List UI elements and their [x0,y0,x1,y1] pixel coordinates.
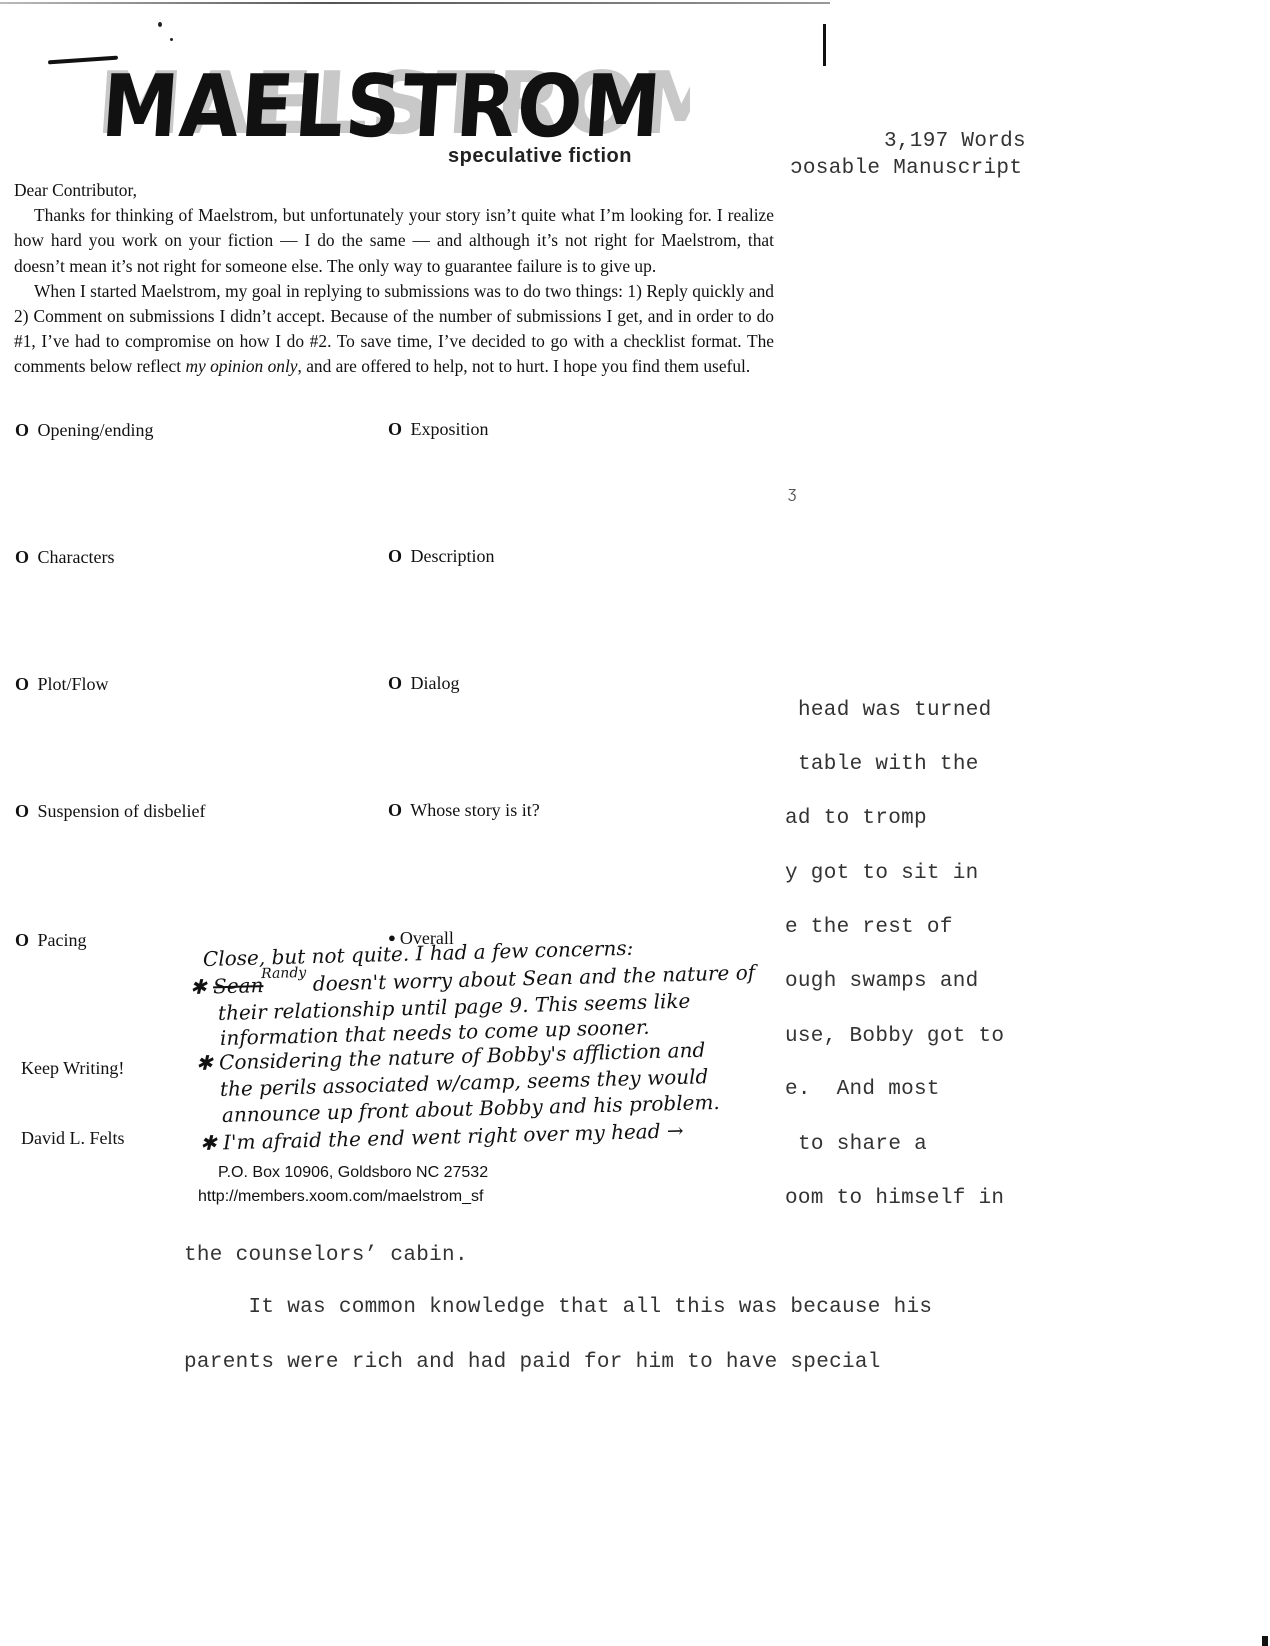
checklist-plot-flow[interactable]: O Plot/Flow [15,674,109,695]
manuscript-line: the counselors’ cabin. [184,1244,468,1267]
mailing-address: P.O. Box 10906, Goldsboro NC 27532 [218,1164,488,1182]
unchecked-circle-icon: O [388,546,402,566]
logo-wordmark: MAELSTROM [100,57,666,150]
emphasis-text: my opinion only [185,356,297,376]
editor-name: David L. Felts [21,1128,125,1149]
manuscript-fragment: y got to sit in [785,862,979,885]
paragraph-2-closing: , and are offered to help, not to hurt. … [298,356,751,376]
manuscript-fragment: e the rest of [785,916,953,939]
checklist-characters[interactable]: O Characters [15,547,114,568]
checklist-description[interactable]: O Description [388,546,495,567]
manuscript-fragment: to share a [798,1133,927,1156]
unchecked-circle-icon: O [388,800,402,820]
keep-writing-closing: Keep Writing! [21,1058,124,1079]
manuscript-fragment: use, Bobby got to [785,1025,1004,1048]
manuscript-fragment: table with the [798,753,979,776]
manuscript-fragment: oom to himself in [785,1187,1004,1210]
star-icon: ✱ [200,1131,217,1155]
stray-character: Ʒ [788,487,797,503]
logo-tagline: speculative fiction [448,145,632,168]
word-count: 3,197 Words [884,130,1026,153]
scan-vertical-mark [823,24,826,66]
checklist-label: Plot/Flow [38,674,109,694]
checklist-label: Characters [38,547,115,567]
checklist-whose-story[interactable]: O Whose story is it? [388,800,540,821]
star-icon: ✱ [190,975,207,999]
maelstrom-logo: MAELSTROM MAELSTROM [100,50,690,150]
checklist-dialog[interactable]: O Dialog [388,673,460,694]
manuscript-fragment: ough swamps and [785,970,979,993]
star-icon: ✱ [196,1051,213,1075]
checklist-label: Description [411,546,495,566]
checklist-opening-ending[interactable]: O Opening/ending [15,420,154,441]
struck-word: Sean [213,973,264,998]
scan-edge-line [0,2,830,4]
checklist-label: Opening/ending [38,420,154,440]
letter-paragraph-2: When I started Maelstrom, my goal in rep… [14,279,774,380]
disposable-manuscript-label: ɔosable Manuscript [790,157,1022,180]
scan-corner-mark [1262,1636,1268,1646]
unchecked-circle-icon: O [388,419,402,439]
checklist-pacing[interactable]: O Pacing [15,930,87,951]
manuscript-fragment: head was turned [798,699,992,722]
salutation: Dear Contributor, [14,178,774,203]
checklist-exposition[interactable]: O Exposition [388,419,489,440]
unchecked-circle-icon: O [388,673,402,693]
checklist-label: Suspension of disbelief [38,801,206,821]
manuscript-line: parents were rich and had paid for him t… [184,1351,881,1374]
scan-speck [158,22,162,27]
checklist-label: Dialog [411,673,460,693]
manuscript-line: It was common knowledge that all this wa… [184,1296,932,1319]
manuscript-fragment: e. And most [785,1078,940,1101]
letter-paragraph-1: Thanks for thinking of Maelstrom, but un… [14,203,774,279]
checklist-suspension-of-disbelief[interactable]: O Suspension of disbelief [15,801,206,822]
unchecked-circle-icon: O [15,547,29,567]
rejection-letter-body: Dear Contributor, Thanks for thinking of… [14,178,774,380]
unchecked-circle-icon: O [15,420,29,440]
manuscript-fragment: ad to tromp [785,807,927,830]
unchecked-circle-icon: O [15,930,29,950]
unchecked-circle-icon: O [15,801,29,821]
inserted-word: Randy [261,965,307,982]
checklist-label: Exposition [411,419,489,439]
unchecked-circle-icon: O [15,674,29,694]
scan-speck [170,38,173,41]
website-link[interactable]: http://members.xoom.com/maelstrom_sf [198,1188,483,1206]
checklist-label: Pacing [38,930,87,950]
checklist-label: Whose story is it? [410,800,539,820]
